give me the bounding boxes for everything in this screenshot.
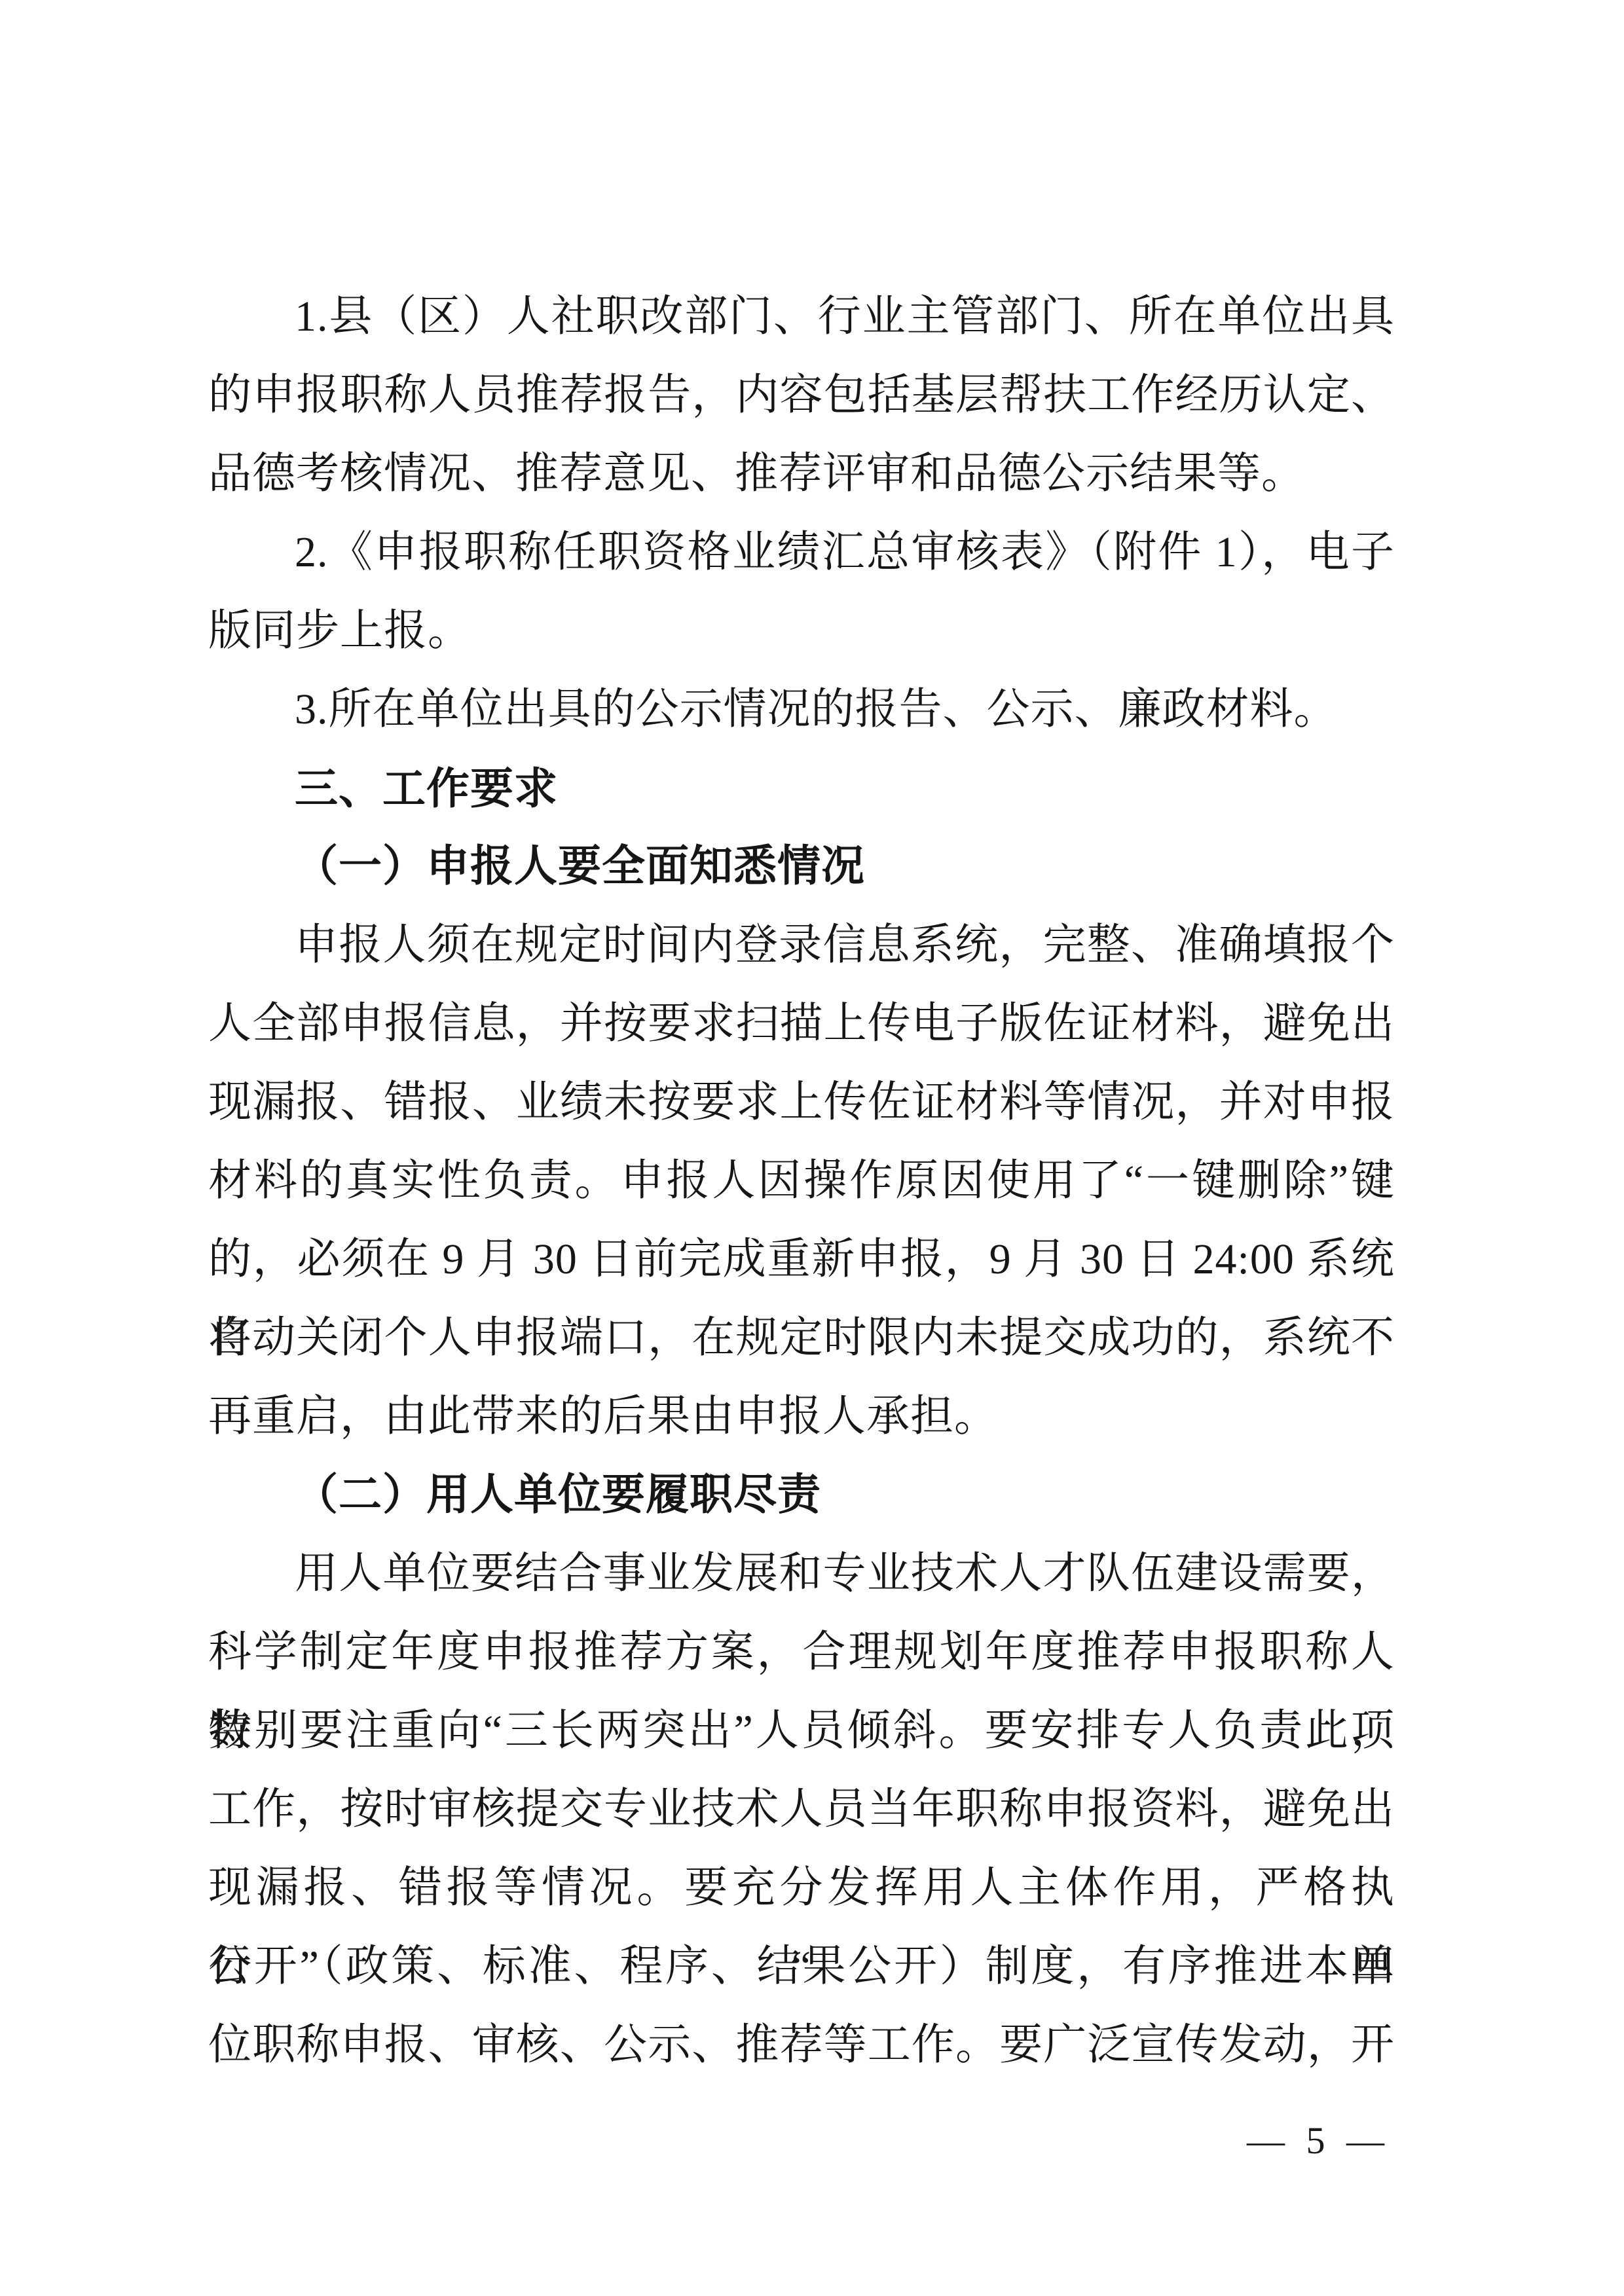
para-4-line-7: 再重启，由此带来的后果由申报人承担。 (208, 1377, 1395, 1456)
document-body: 1.县（区）人社职改部门、行业主管部门、所在单位出具 的申报职称人员推荐报告，内… (208, 278, 1395, 2085)
para-4-line-2: 人全部申报信息，并按要求扫描上传电子版佐证材料，避免出 (208, 985, 1395, 1063)
para-1-line-3: 品德考核情况、推荐意见、推荐评审和品德公示结果等。 (208, 435, 1395, 513)
subheading-employer-responsibility: （二）用人单位要履职尽责 (208, 1456, 1395, 1535)
para-2-line-1: 2.《申报职称任职资格业绩汇总审核表》（附件 1），电子 (208, 513, 1395, 592)
para-5-line-5: 现漏报、错报等情况。要充分发挥用人主体作用，严格执行“四 (208, 1849, 1395, 1927)
para-5-line-6: 公开”（政策、标准、程序、结果公开）制度，有序推进本单 (208, 1927, 1395, 2006)
document-page: 1.县（区）人社职改部门、行业主管部门、所在单位出具 的申报职称人员推荐报告，内… (0, 0, 1624, 2296)
para-4-line-3: 现漏报、错报、业绩未按要求上传佐证材料等情况，并对申报 (208, 1063, 1395, 1142)
para-4-line-6: 自动关闭个人申报端口，在规定时限内未提交成功的，系统不 (208, 1299, 1395, 1377)
para-5-line-7: 位职称申报、审核、公示、推荐等工作。要广泛宣传发动，开 (208, 2006, 1395, 2085)
subheading-applicant-awareness: （一）申报人要全面知悉情况 (208, 828, 1395, 906)
para-5-line-3: 特别要注重向“三长两突出”人员倾斜。要安排专人负责此项 (208, 1692, 1395, 1770)
para-2-line-2: 版同步上报。 (208, 592, 1395, 670)
para-3-line-1: 3.所在单位出具的公示情况的报告、公示、廉政材料。 (208, 670, 1395, 749)
heading-work-requirements: 三、工作要求 (208, 749, 1395, 828)
para-4-line-5: 的，必须在 9 月 30 日前完成重新申报，9 月 30 日 24:00 系统将 (208, 1220, 1395, 1299)
para-4-line-1: 申报人须在规定时间内登录信息系统，完整、准确填报个 (208, 906, 1395, 985)
para-1-line-1: 1.县（区）人社职改部门、行业主管部门、所在单位出具 (208, 278, 1395, 356)
para-4-line-4: 材料的真实性负责。申报人因操作原因使用了“一键删除”键 (208, 1142, 1395, 1220)
para-5-line-1: 用人单位要结合事业发展和专业技术人才队伍建设需要， (208, 1535, 1395, 1613)
page-number: — 5 — (1231, 2115, 1401, 2167)
para-1-line-2: 的申报职称人员推荐报告，内容包括基层帮扶工作经历认定、 (208, 356, 1395, 435)
para-5-line-4: 工作，按时审核提交专业技术人员当年职称申报资料，避免出 (208, 1770, 1395, 1849)
para-5-line-2: 科学制定年度申报推荐方案，合理规划年度推荐申报职称人数， (208, 1613, 1395, 1692)
